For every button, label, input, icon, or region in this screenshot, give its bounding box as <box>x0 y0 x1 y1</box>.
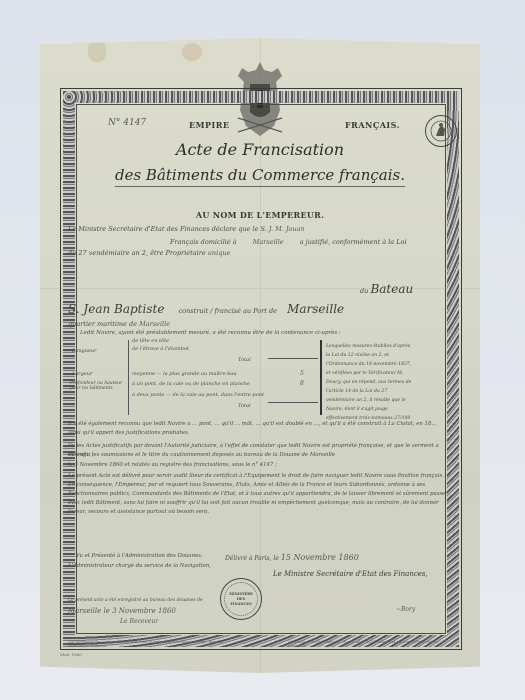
measurements-table: de tête en tête Longueur de l'étrave à l… <box>68 340 418 415</box>
stain <box>88 40 106 62</box>
declaration-line-2: Français domicilié à Marseille a justifi… <box>170 238 407 246</box>
fine-print-left: Les capitaines des navires doivent faire… <box>68 640 233 648</box>
title-acte-de-francisation: Acte de Francisation <box>40 140 480 159</box>
document-sheet: N° 4147 EMPIRE FRANÇAIS. Acte de Francis… <box>40 38 480 673</box>
vessel-name-line: S. Jean Baptiste construit / francisé au… <box>68 302 344 316</box>
paragraph-soumissions: Vu enfin les soumissions et le titre du … <box>68 452 448 458</box>
paragraph-pavillon: Le présent Acte est délivré pour servir … <box>68 472 448 517</box>
row-value: 5 <box>300 370 304 377</box>
row-label: Longueur <box>72 348 97 354</box>
invocation: AU NOM DE L'EMPEREUR. <box>40 210 480 220</box>
declaration-line-3: du 27 vendémiaire an 2, être Propriétair… <box>68 249 230 257</box>
row-desc: Total <box>238 403 251 409</box>
row-desc: à deux ponts — de la cale au pont, dans … <box>132 392 264 398</box>
delivery-line: Délivré à Paris, le 15 Novembre 1860 <box>225 553 359 562</box>
tonnage-note: Lesquelles mesures établies d'après la L… <box>326 342 414 423</box>
row-desc: moyenne — la plus grande au maître-bau <box>132 371 237 377</box>
title-batiments-du-commerce: des Bâtiments du Commerce français. <box>40 166 480 184</box>
row-desc: à un pont, de la cale ou de planche en p… <box>132 381 250 387</box>
header-francais: FRANÇAIS. <box>345 120 400 130</box>
registration-hand-1: Marseille le 3 Novembre 1860 <box>68 607 176 615</box>
printer-mark: Mod. 1860 <box>60 652 82 657</box>
footer-vu: Vu et Présenté à l'Administration des Do… <box>76 553 203 559</box>
registration-hand-2: Le Receveur <box>120 618 158 625</box>
row-label: Largeur <box>72 371 92 377</box>
row-desc: Total <box>238 357 251 363</box>
registration-note: Le présent acte a été enregistré au bure… <box>68 598 203 603</box>
fine-print-right: Cf. article de l'ordonnance du 18 novemb… <box>288 640 453 648</box>
vessel-type: du Bateau <box>360 282 413 296</box>
row-label: Profondeur ou hauteur pour les bâtiments <box>70 381 126 391</box>
declaration-line-1: Le Ministre Secrétaire d'Etat des Financ… <box>68 225 305 233</box>
document-number: N° 4147 <box>108 118 146 128</box>
signatory: Le Ministre Secrétaire d'Etat des Financ… <box>273 570 428 578</box>
footer-administrateur: L'Administrateur chargé du service de la… <box>68 563 211 569</box>
stain <box>182 43 202 61</box>
row-value: 8 <box>300 380 304 387</box>
minister-signature: ~Bory <box>396 606 415 613</box>
quartier-line: quartier maritime de Marseille <box>68 320 170 328</box>
paragraph-registre: le 3 Novembre 1860 et relatés au registr… <box>68 462 448 468</box>
header-empire: EMPIRE <box>189 120 229 130</box>
ministry-seal-icon: MINISTÈRE DES FINANCES <box>220 578 262 620</box>
row-desc: de l'étrave à l'étambot <box>132 346 189 352</box>
paragraph-construction: Il a été également reconnu que ledit Nav… <box>68 420 448 438</box>
jauge-line: Ledit Navire, ayant été préalablement me… <box>80 330 341 336</box>
